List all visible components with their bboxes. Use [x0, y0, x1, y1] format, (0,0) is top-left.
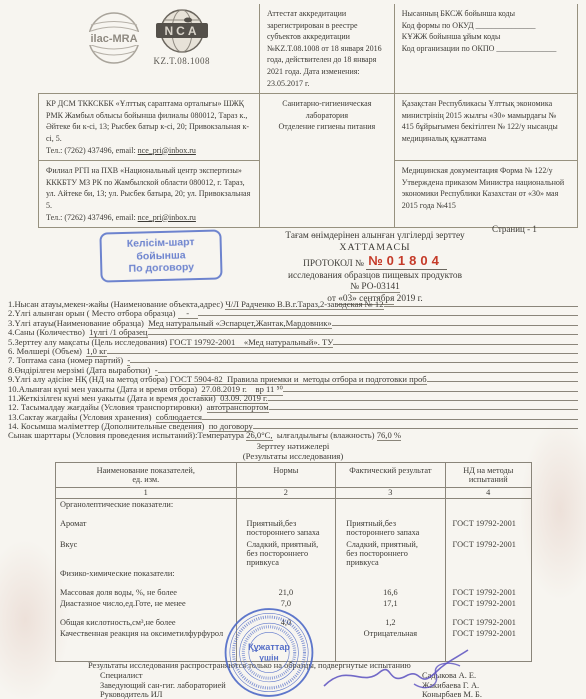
fields-section: 1.Нысан атауы,мекен-жайы (Наименование о…: [8, 299, 578, 440]
lab-line: Отделение гигиены питания: [267, 121, 387, 133]
cell-norm: Сладкий, приятный, без постороннего прив…: [237, 539, 337, 568]
column-number-row: 1 2 3 4: [56, 487, 531, 499]
cell-result: 16,6: [336, 587, 445, 598]
signatory-role: Специалист: [100, 671, 143, 680]
column-header-norm: Нормы: [237, 463, 337, 487]
field-line-9: 9.Үлгі алу әдісіне НҚ (НД на метод отбор…: [8, 374, 578, 383]
column-header-result: Фактический результат: [336, 463, 445, 487]
field-line-14: 14. Косымша мәліметтер (Дополнительные с…: [8, 421, 578, 430]
test-conditions: Сынак шарттары (Условия проведения испыт…: [8, 430, 578, 439]
signatory-role: Руководитель ИЛ: [100, 690, 162, 699]
cell-name: Физико-химические показатели:: [56, 568, 237, 587]
cell-result: Сладкий, приятный, без постороннего прив…: [336, 539, 445, 568]
lab-line: лаборатория: [267, 110, 387, 122]
field-line-13: 13.Сактау жагдайы (Условия хранения) соб…: [8, 412, 578, 421]
cell-result: 1,2: [336, 617, 445, 628]
column-number: 1: [56, 488, 237, 498]
cell-result: [336, 499, 445, 518]
field-line-7: 7. Топтама сана (номер партий) -: [8, 355, 578, 364]
cell-method: ГОСТ 19792-2001: [446, 617, 532, 628]
ilac-mra-logo: ilac-MRA: [87, 11, 141, 65]
nca-logo: NCA: [155, 8, 209, 54]
results-heading-ru: (Результаты исследования): [0, 451, 586, 461]
field-line-2: 2.Үлгі алынған орын ( Место отбора образ…: [8, 308, 578, 317]
cell-name: Массовая доля воды, %, не более: [56, 587, 237, 598]
org-name-ru: Филиал РГП на ПХВ «Национальный центр эк…: [39, 161, 260, 228]
email-link-ru[interactable]: nce_pri@inbox.ru: [138, 213, 196, 222]
accreditation-text: Аттестат аккредитации зарегистрирован в …: [259, 4, 394, 94]
stamp-center-text: үшін: [259, 652, 278, 662]
form-note-kz: Қазақстан Республикасы Ұлттық экономика …: [394, 94, 577, 161]
table-row: Массовая доля воды, %, не более 21,0 16,…: [56, 587, 531, 598]
form-note-ru: Медицинская документация Форма № 122/у У…: [394, 161, 577, 228]
field-line-12: 12. Тасымалдау жағдайы (Условия транспор…: [8, 402, 578, 411]
cell-method: [446, 568, 532, 587]
title-kz: Тағам өнімдерінен алынған үлгілерді зерт…: [225, 231, 525, 242]
results-heading: Зерттеу нәтижелері (Результаты исследова…: [0, 441, 586, 461]
field-line-3: 3.Үлгі атауы(Наименование образца) Мед н…: [8, 318, 578, 327]
field-line-1: 1.Нысан атауы,мекен-жайы (Наименование о…: [8, 299, 578, 308]
field-line-11: 11.Жеткізілген күні мен уакыты (Дата и в…: [8, 393, 578, 402]
cell-result: 17,1: [336, 598, 445, 617]
table-header-row: Наименование показателей, ед. изм. Нормы…: [56, 463, 531, 487]
org-kz-text: КР ДСМ ТККСКБК «Ұлттық сараптама орталығ…: [46, 99, 249, 143]
cell-result: Приятный,без постороннего запаха: [336, 518, 445, 539]
cell-method: ГОСТ 19792-2001: [446, 518, 532, 539]
title-block: Тағам өнімдерінен алынған үлгілерді зерт…: [225, 231, 525, 305]
title-ru: исследования образцов пищевых продуктов: [225, 271, 525, 282]
lab-name: Санитарно-гигиеническая лаборатория Отде…: [259, 94, 394, 228]
cell-norm: [237, 568, 337, 587]
conditions-prefix: Сынак шарттары (Условия проведения испыт…: [8, 430, 246, 440]
field-line-4: 4.Саны (Количество) 1үлгі /1 образец: [8, 327, 578, 336]
org-ru-tel: Тел.: (7262) 437496, email:: [46, 213, 138, 222]
conditions-middle: ылғалдылығы (влажность): [273, 430, 377, 440]
column-number: 3: [336, 488, 445, 498]
protocol-line: ПРОТОКОЛ № №01804: [225, 254, 525, 271]
cell-norm: Приятный,без постороннего запаха: [237, 518, 337, 539]
cell-norm: 21,0: [237, 587, 337, 598]
svg-text:ilac-MRA: ilac-MRA: [91, 33, 138, 45]
column-number: 2: [237, 488, 337, 498]
org-name-kz: КР ДСМ ТККСКБК «Ұлттық сараптама орталығ…: [39, 94, 260, 161]
results-heading-kz: Зерттеу нәтижелері: [0, 441, 586, 451]
cell-norm: [237, 499, 337, 518]
stamp-center-text: Құжаттар: [248, 642, 290, 652]
lab-line: Санитарно-гигиеническая: [267, 98, 387, 110]
field-line-10: 10.Алынған күні мен уакыты (Дата и время…: [8, 384, 578, 393]
accreditation-number: KZ.T.08.1008: [153, 55, 210, 68]
field-line-8: 8.Өндірілген мерзімі (Дата выработки) -: [8, 365, 578, 374]
contract-stamp-line: По договору: [104, 261, 218, 277]
protocol-number-stamp: №01804: [366, 253, 447, 270]
column-header-name: Наименование показателей, ед. изм.: [56, 463, 237, 487]
column-header-method: НД на методы испытаний: [446, 463, 532, 487]
table-row: Физико-химические показатели:: [56, 568, 531, 587]
org-kz-tel: Тел.: (7262) 437496, email:: [46, 146, 138, 155]
table-row: Вкус Сладкий, приятный, без постороннего…: [56, 539, 531, 568]
contract-stamp: Келісім-шарт бойынша По договору: [99, 229, 222, 282]
logos-cell: ilac-MRA NCA KZ.T.08.1008: [39, 4, 260, 94]
cell-method: ГОСТ 19792-2001: [446, 598, 532, 617]
document-page: ilac-MRA NCA KZ.T.08.1008: [0, 0, 586, 699]
codes-block: Нысанның БКСЖ бойынша коды Код формы по …: [394, 4, 577, 94]
cell-method: [446, 499, 532, 518]
registration-number: № РО-03141: [350, 282, 400, 293]
cell-name: Органолептические показатели:: [56, 499, 237, 518]
temperature-value: 26,0°С,: [246, 430, 272, 441]
cell-method: ГОСТ 19792-2001: [446, 539, 532, 568]
cell-name: Вкус: [56, 539, 237, 568]
table-row: Аромат Приятный,без постороннего запаха …: [56, 518, 531, 539]
cell-result: [336, 568, 445, 587]
email-link-kz[interactable]: nce_pri@inbox.ru: [138, 146, 196, 155]
cell-method: ГОСТ 19792-2001: [446, 587, 532, 598]
svg-text:NCA: NCA: [164, 24, 199, 38]
column-number: 4: [446, 488, 532, 498]
humidity-value: 76,0 %: [377, 430, 401, 441]
field-line-6: 6. Мөлшері (Объем) 1,0 кг: [8, 346, 578, 355]
signature-scribble: [318, 642, 488, 698]
header-table: ilac-MRA NCA KZ.T.08.1008: [38, 4, 578, 228]
field-line-5: 5.Зерттеу алу мақсаты (Цель исследования…: [8, 337, 578, 346]
protocol-label: ПРОТОКОЛ №: [303, 259, 364, 269]
org-ru-text: Филиал РГП на ПХВ «Национальный центр эк…: [46, 166, 250, 210]
cell-name: Аромат: [56, 518, 237, 539]
table-row: Органолептические показатели:: [56, 499, 531, 518]
